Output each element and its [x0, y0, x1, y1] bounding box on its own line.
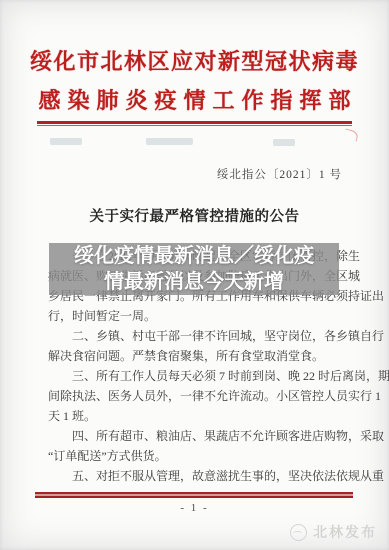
footer-divider [35, 492, 353, 498]
photo-artifact [50, 138, 82, 145]
letterhead-divider [37, 121, 352, 128]
body-line: “订单配送”方式供货。 [48, 446, 380, 466]
photo-artifact [273, 139, 295, 146]
publisher-watermark: 北林发布 [290, 522, 377, 542]
body-line: 天 1 班。 [48, 406, 380, 426]
body-line: 间除执法、医务人员外，一律不允许流动。小区管控人员实行 1 [48, 386, 380, 406]
body-line: 二、乡镇、村屯干部一律不许回城，坚守岗位，各乡镇自行 [48, 326, 380, 346]
document-photo: 绥化市北林区应对新型冠状病毒 感染肺炎疫情工作指挥部 绥北指公〔2021〕1 号… [0, 0, 389, 550]
watermark-text: 北林发布 [313, 522, 377, 542]
body-line: 五、对拒不服从管理，故意滋扰生事的，坚决依法依规从重 [48, 466, 380, 486]
caption-line-1: 绥化疫情最新消息／绥化疫 [49, 243, 339, 269]
document-title: 关于实行最严格管控措施的公告 [0, 205, 389, 226]
photo-artifact [146, 138, 193, 145]
body-line: 解决食宿问题。严禁食宿聚集，所有食堂取消堂食。 [48, 346, 380, 366]
caption-overlay: 绥化疫情最新消息／绥化疫 情最新消息今天新增 [49, 243, 339, 295]
letterhead-line-2: 感染肺炎疫情工作指挥部 [0, 82, 389, 120]
body-line: 四、所有超市、粮油店、果蔬店不允许顾客进店购物，采取 [48, 426, 380, 446]
letterhead: 绥化市北林区应对新型冠状病毒 感染肺炎疫情工作指挥部 [0, 42, 389, 120]
divider-thin-line [37, 125, 352, 126]
caption-line-2: 情最新消息今天新增 [49, 269, 339, 295]
document-number: 绥北指公〔2021〕1 号 [217, 166, 342, 182]
letterhead-line-1: 绥化市北林区应对新型冠状病毒 [0, 42, 389, 82]
body-line: 三、所有工作人员每天必须 7 时前到岗、晚 22 时后离岗，期 [48, 366, 380, 386]
beilin-logo-icon [290, 524, 307, 541]
page-number: - 1 - [0, 502, 389, 514]
body-line: 行，时间暂定一周。 [48, 306, 380, 326]
photo-artifact-red-mark [343, 128, 359, 141]
